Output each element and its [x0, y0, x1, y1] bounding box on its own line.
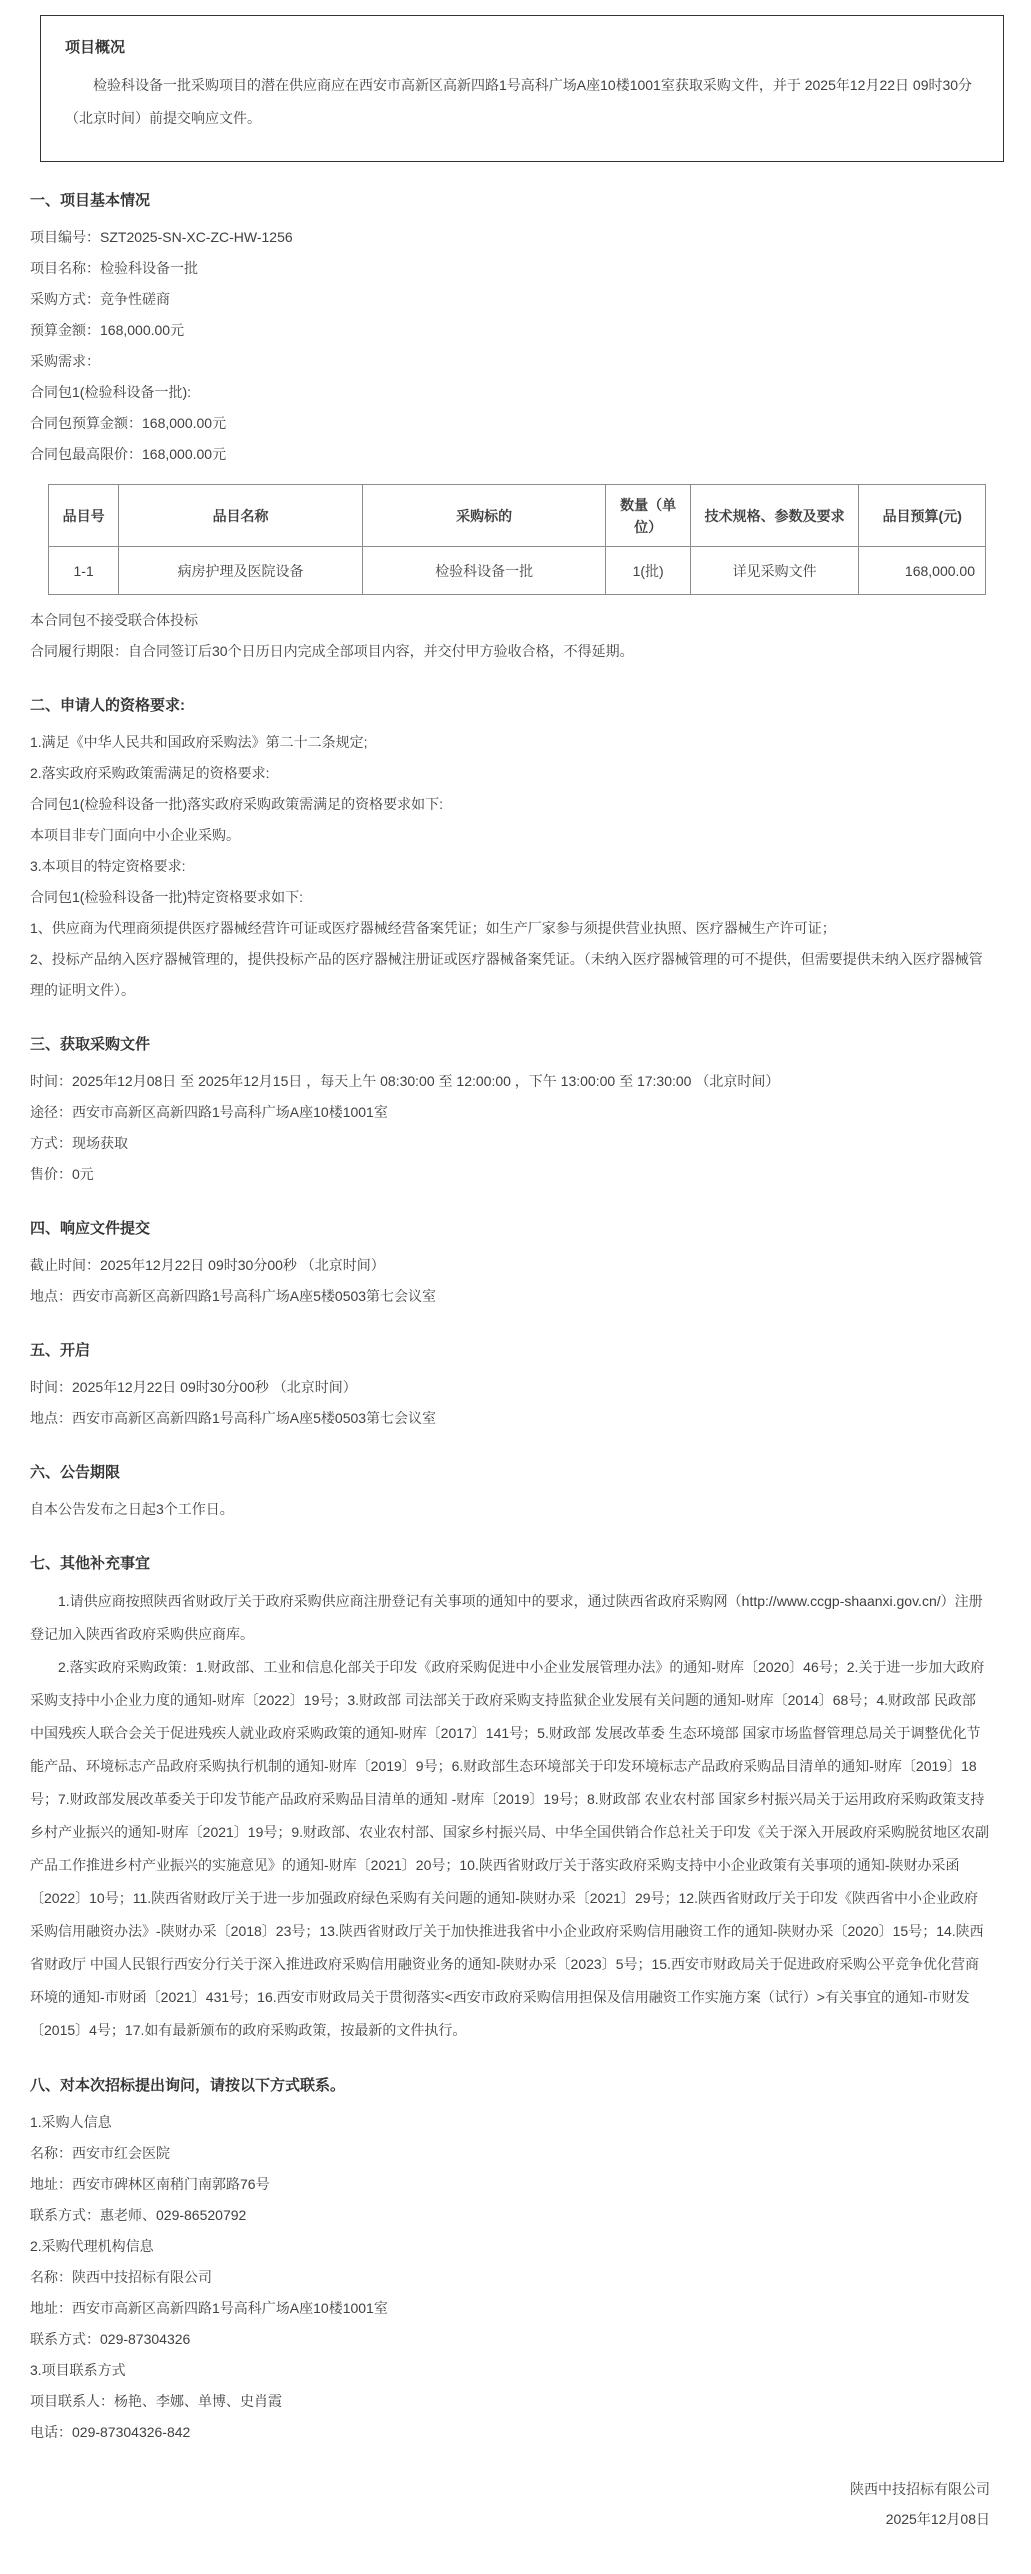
- qualification-item-2-sub-1: 合同包1(检验科设备一批)落实政府采购政策需满足的资格要求如下:: [30, 789, 990, 820]
- qualification-item-3-sub-2: 1、供应商为代理商须提供医疗器械经营许可证或医疗器械经营备案凭证；如生产厂家参与…: [30, 913, 990, 944]
- submission-place-line: 地点：西安市高新区高新四路1号高科广场A座5楼0503第七会议室: [30, 1281, 990, 1312]
- purchaser-contact-line: 联系方式：惠老师、029-86520792: [30, 2200, 990, 2231]
- obtain-channel-line: 途径：西安市高新区高新四路1号高科广场A座10楼1001室: [30, 1097, 990, 1128]
- submission-deadline-line: 截止时间：2025年12月22日 09时30分00秒 （北京时间）: [30, 1250, 990, 1281]
- cell-subject: 检验科设备一批: [362, 547, 606, 595]
- purchaser-address-line: 地址：西安市碑林区南稍门南郭路76号: [30, 2169, 990, 2200]
- project-contact-persons-line: 项目联系人：杨艳、李娜、单博、史肖霞: [30, 2386, 990, 2417]
- col-header-item-name: 品目名称: [119, 485, 363, 547]
- cell-quantity: 1(批): [606, 547, 690, 595]
- qualification-item-2-sub-2: 本项目非专门面向中小企业采购。: [30, 820, 990, 851]
- section-heading-other-matters: 七、其他补充事宜: [30, 1553, 990, 1575]
- agency-contact-line: 联系方式：029-87304326: [30, 2324, 990, 2355]
- col-header-budget: 品目预算(元): [859, 485, 986, 547]
- other-matters-paragraph-1: 1.请供应商按照陕西省财政厅关于政府采购供应商注册登记有关事项的通知中的要求，通…: [30, 1585, 990, 1651]
- overview-text: 检验科设备一批采购项目的潜在供应商应在西安市高新区高新四路1号高科广场A座10楼…: [65, 69, 979, 135]
- qualification-item-3-sub-1: 合同包1(检验科设备一批)特定资格要求如下:: [30, 882, 990, 913]
- section-heading-obtain-documents: 三、获取采购文件: [30, 1034, 990, 1056]
- col-header-item-no: 品目号: [49, 485, 119, 547]
- section-heading-contact: 八、对本次招标提出询问，请按以下方式联系。: [30, 2075, 990, 2097]
- cell-item-no: 1-1: [49, 547, 119, 595]
- section-heading-qualification: 二、申请人的资格要求:: [30, 695, 990, 717]
- project-contact-phone-line: 电话：029-87304326-842: [30, 2417, 990, 2448]
- agency-address-line: 地址：西安市高新区高新四路1号高科广场A座10楼1001室: [30, 2293, 990, 2324]
- item-table-row: 1-1 病房护理及医院设备 检验科设备一批 1(批) 详见采购文件 168,00…: [49, 547, 986, 595]
- qualification-item-3-sub-3: 2、投标产品纳入医疗器械管理的，提供投标产品的医疗器械注册证或医疗器械备案凭证。…: [30, 944, 990, 1006]
- procurement-demand-label: 采购需求：: [30, 346, 990, 377]
- col-header-spec: 技术规格、参数及要求: [690, 485, 859, 547]
- overview-box: 项目概况 检验科设备一批采购项目的潜在供应商应在西安市高新区高新四路1号高科广场…: [40, 15, 1004, 162]
- agency-info-title: 2.采购代理机构信息: [30, 2231, 990, 2262]
- signature-company: 陕西中技招标有限公司: [30, 2474, 990, 2504]
- cell-budget: 168,000.00: [859, 547, 986, 595]
- budget-amount-line: 预算金额：168,000.00元: [30, 315, 990, 346]
- qualification-item-3: 3.本项目的特定资格要求:: [30, 851, 990, 882]
- purchaser-info-title: 1.采购人信息: [30, 2107, 990, 2138]
- col-header-quantity: 数量（单位）: [606, 485, 690, 547]
- project-name-line: 项目名称：检验科设备一批: [30, 253, 990, 284]
- procurement-announcement-document: 项目概况 检验科设备一批采购项目的潜在供应商应在西安市高新区高新四路1号高科广场…: [0, 0, 1031, 2574]
- section-heading-basic-info: 一、项目基本情况: [30, 190, 990, 212]
- item-table: 品目号 品目名称 采购标的 数量（单位） 技术规格、参数及要求 品目预算(元) …: [48, 484, 986, 595]
- section-heading-announcement-period: 六、公告期限: [30, 1462, 990, 1484]
- obtain-time-line: 时间：2025年12月08日 至 2025年12月15日 ，每天上午 08:30…: [30, 1066, 990, 1097]
- project-code-line: 项目编号：SZT2025-SN-XC-ZC-HW-1256: [30, 222, 990, 253]
- col-header-subject: 采购标的: [362, 485, 606, 547]
- announcement-period-line: 自本公告发布之日起3个工作日。: [30, 1494, 990, 1525]
- contract-period-line: 合同履行期限：自合同签订后30个日历日内完成全部项目内容，并交付甲方验收合格，不…: [30, 636, 990, 667]
- no-consortium-note: 本合同包不接受联合体投标: [30, 605, 990, 636]
- section-heading-response-submission: 四、响应文件提交: [30, 1218, 990, 1240]
- signature-date: 2025年12月08日: [30, 2504, 990, 2534]
- project-contact-title: 3.项目联系方式: [30, 2355, 990, 2386]
- procurement-method-line: 采购方式：竞争性磋商: [30, 284, 990, 315]
- obtain-price-line: 售价：0元: [30, 1159, 990, 1190]
- agency-name-line: 名称：陕西中技招标有限公司: [30, 2262, 990, 2293]
- purchaser-name-line: 名称：西安市红会医院: [30, 2138, 990, 2169]
- package-budget-line: 合同包预算金额：168,000.00元: [30, 408, 990, 439]
- section-heading-opening: 五、开启: [30, 1340, 990, 1362]
- other-matters-paragraph-2: 2.落实政府采购政策：1.财政部、工业和信息化部关于印发《政府采购促进中小企业发…: [30, 1651, 990, 2047]
- qualification-item-2: 2.落实政府采购政策需满足的资格要求:: [30, 758, 990, 789]
- package-max-price-line: 合同包最高限价：168,000.00元: [30, 439, 990, 470]
- cell-item-name: 病房护理及医院设备: [119, 547, 363, 595]
- signature-block: 陕西中技招标有限公司 2025年12月08日: [30, 2474, 990, 2534]
- overview-title: 项目概况: [65, 36, 979, 57]
- item-table-header-row: 品目号 品目名称 采购标的 数量（单位） 技术规格、参数及要求 品目预算(元): [49, 485, 986, 547]
- obtain-method-line: 方式：现场获取: [30, 1128, 990, 1159]
- opening-time-line: 时间：2025年12月22日 09时30分00秒 （北京时间）: [30, 1372, 990, 1403]
- qualification-item-1: 1.满足《中华人民共和国政府采购法》第二十二条规定;: [30, 727, 990, 758]
- opening-place-line: 地点：西安市高新区高新四路1号高科广场A座5楼0503第七会议室: [30, 1403, 990, 1434]
- cell-spec: 详见采购文件: [690, 547, 859, 595]
- package-title-line: 合同包1(检验科设备一批):: [30, 377, 990, 408]
